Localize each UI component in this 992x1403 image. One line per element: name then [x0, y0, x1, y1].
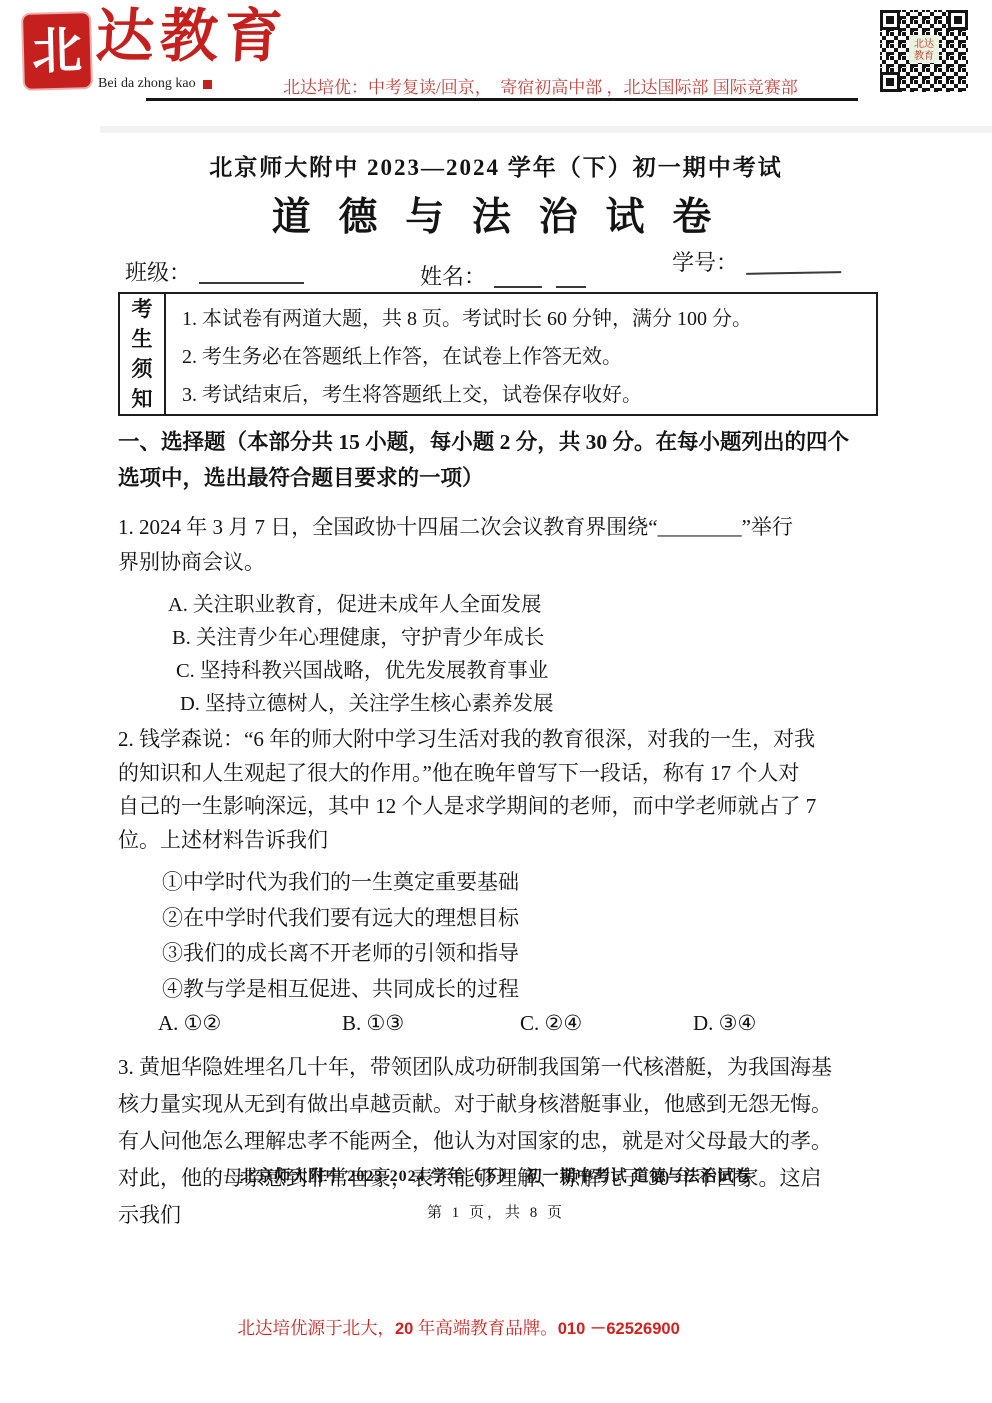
document-footer-line: 北京师大附中 2023-2024 学年（下） 初一期中考试 道德与法治试卷 [0, 1163, 992, 1186]
q3-stem-line-1: 3. 黄旭华隐姓埋名几十年，带领团队成功研制我国第一代核潜艇，为我国海基 [118, 1049, 880, 1086]
q2-statement-1: ①中学时代为我们的一生奠定重要基础 [162, 865, 880, 901]
brand-seal-logo: 北 [23, 13, 91, 89]
q1-option-d: D. 坚持立德树人，关注学生核心素养发展 [180, 688, 880, 721]
section-heading-line-1: 一、选择题（本部分共 15 小题，每小题 2 分，共 30 分。在每小题列出的四… [118, 424, 880, 460]
red-square-mark [203, 80, 212, 89]
question-content: 一、选择题（本部分共 15 小题，每小题 2 分，共 30 分。在每小题列出的四… [118, 424, 880, 1234]
q1-stem-line-1: 1. 2024 年 3 月 7 日，全国政协十四届二次会议教育界围绕“_____… [118, 510, 880, 545]
student-id-label: 学号： [672, 250, 738, 275]
page-number: 第 1 页，共 8 页 [0, 1201, 992, 1222]
brand-footer-line: 北达培优源于北大，20 年高端教育品牌。010 －62526900 [220, 1294, 680, 1361]
q1-option-b: B. 关注青少年心理健康，守护青少年成长 [172, 622, 880, 655]
name-blank-line-2 [556, 264, 586, 288]
name-blank-line [494, 264, 542, 288]
q3-stem-line-3: 有人问他怎么理解忠孝不能两全，他认为对国家的忠，就是对父母最大的孝。 [118, 1123, 880, 1160]
brand-footer-text-2: 年高端教育品牌。 [413, 1318, 557, 1338]
scan-artifact [100, 126, 992, 133]
brand-footer-phone: 010 －62526900 [558, 1320, 680, 1338]
class-blank-line [199, 260, 304, 284]
question-2-stem: 2. 钱学森说：“6 年的师大附中学习生活对我的教育很深，对我的一生，对我 的知… [118, 723, 880, 857]
q2-statement-4: ④教与学是相互促进、共同成长的过程 [162, 972, 880, 1008]
brand-tagline: 北达培优：中考复读/回京， 寄宿初高中部 ，北达国际部 国际竞赛部 [283, 73, 798, 98]
exam-session-title: 北京师大附中 2023—2024 学年（下）初一期中考试 [0, 149, 992, 182]
exam-scan-page: 北 达教育 Bei da zhong kao 北达培优：中考复读/回京， 寄宿初… [0, 0, 992, 1403]
q2-stem-line-2: 的知识和人生观起了很大的作用。”他在晚年曾写下一段话，称有 17 个人对 [118, 757, 880, 791]
name-label: 姓名： [420, 264, 486, 289]
q1-option-a: A. 关注职业教育，促进未成年人全面发展 [168, 589, 880, 622]
qr-finder-top-left [880, 10, 900, 30]
qr-center-label-line2: 教育 [914, 49, 934, 62]
notice-body: 1. 本试卷有两道大题，共 8 页。考试时长 60 分钟，满分 100 分。 2… [166, 294, 876, 414]
q2-option-c: C. ②④ [520, 1011, 582, 1036]
student-id-blank-line [746, 249, 841, 275]
question-2-options: A. ①② B. ①③ C. ②④ D. ③④ [118, 1011, 880, 1045]
q2-option-d: D. ③④ [693, 1011, 756, 1036]
question-1-options: A. 关注职业教育，促进未成年人全面发展 B. 关注青少年心理健康，守护青少年成… [168, 589, 880, 721]
qr-code-graphic: 北达 教育 [878, 8, 970, 94]
section-heading-line-2: 选项中，选出最符合题目要求的一项） [118, 460, 880, 496]
header-divider-line [146, 98, 858, 101]
brand-romanization: Bei da zhong kao [98, 76, 212, 92]
notice-side-column: 考生须知 [120, 294, 166, 414]
q2-stem-line-1: 2. 钱学森说：“6 年的师大附中学习生活对我的教育很深，对我的一生，对我 [118, 723, 880, 757]
name-field: 姓名： [420, 260, 586, 291]
question-1-stem: 1. 2024 年 3 月 7 日，全国政协十四届二次会议教育界围绕“_____… [118, 510, 880, 580]
q1-option-c: C. 坚持科教兴国战略，优先发展教育事业 [176, 655, 880, 688]
q3-stem-line-2: 核力量实现从无到有做出卓越贡献。对于献身核潜艇事业，他感到无怨无悔。 [118, 1086, 880, 1123]
q2-stem-line-4: 位。上述材料告诉我们 [118, 824, 880, 858]
q1-stem-line-2: 界别协商会议。 [118, 545, 880, 580]
qr-center-label-line1: 北达 [914, 37, 934, 50]
notice-item-3: 3. 考试结束后，考生将答题纸上交，试卷保存收好。 [182, 376, 866, 414]
brand-footer-text-1: 北达培优源于北大， [238, 1318, 396, 1338]
qr-finder-bottom-left [880, 72, 900, 92]
notice-item-2: 2. 考生务必在答题纸上作答，在试卷上作答无效。 [182, 338, 866, 376]
q2-statement-2: ②在中学时代我们要有远大的理想目标 [162, 901, 880, 937]
class-field: 班级： [125, 256, 304, 287]
q2-option-b: B. ①③ [342, 1011, 404, 1036]
student-id-field: 学号： [672, 246, 841, 277]
class-label: 班级： [125, 260, 191, 285]
student-info-row: 班级： 姓名： 学号： [0, 256, 992, 292]
brand-name: 达教育 [94, 2, 290, 72]
qr-code: 北达 教育 [878, 8, 970, 99]
section-1-heading: 一、选择题（本部分共 15 小题，每小题 2 分，共 30 分。在每小题列出的四… [118, 424, 880, 496]
question-2-numbered-statements: ①中学时代为我们的一生奠定重要基础 ②在中学时代我们要有远大的理想目标 ③我们的… [162, 865, 880, 1007]
paper-title: 道 德 与 法 治 试 卷 [0, 186, 992, 242]
seal-character: 北 [31, 25, 82, 76]
qr-finder-top-right [948, 10, 968, 30]
notice-side-label: 考生须知 [130, 294, 154, 414]
brand-romanization-text: Bei da zhong kao [98, 76, 196, 92]
examinee-notice-box: 考生须知 1. 本试卷有两道大题，共 8 页。考试时长 60 分钟，满分 100… [118, 292, 878, 416]
notice-item-1: 1. 本试卷有两道大题，共 8 页。考试时长 60 分钟，满分 100 分。 [182, 300, 866, 338]
q2-option-a: A. ①② [158, 1011, 221, 1036]
q2-statement-3: ③我们的成长离不开老师的引领和指导 [162, 936, 880, 972]
brand-footer-years: 20 [395, 1320, 413, 1338]
q2-stem-line-3: 自己的一生影响深远，其中 12 个人是求学期间的老师，而中学老师就占了 7 [118, 790, 880, 824]
